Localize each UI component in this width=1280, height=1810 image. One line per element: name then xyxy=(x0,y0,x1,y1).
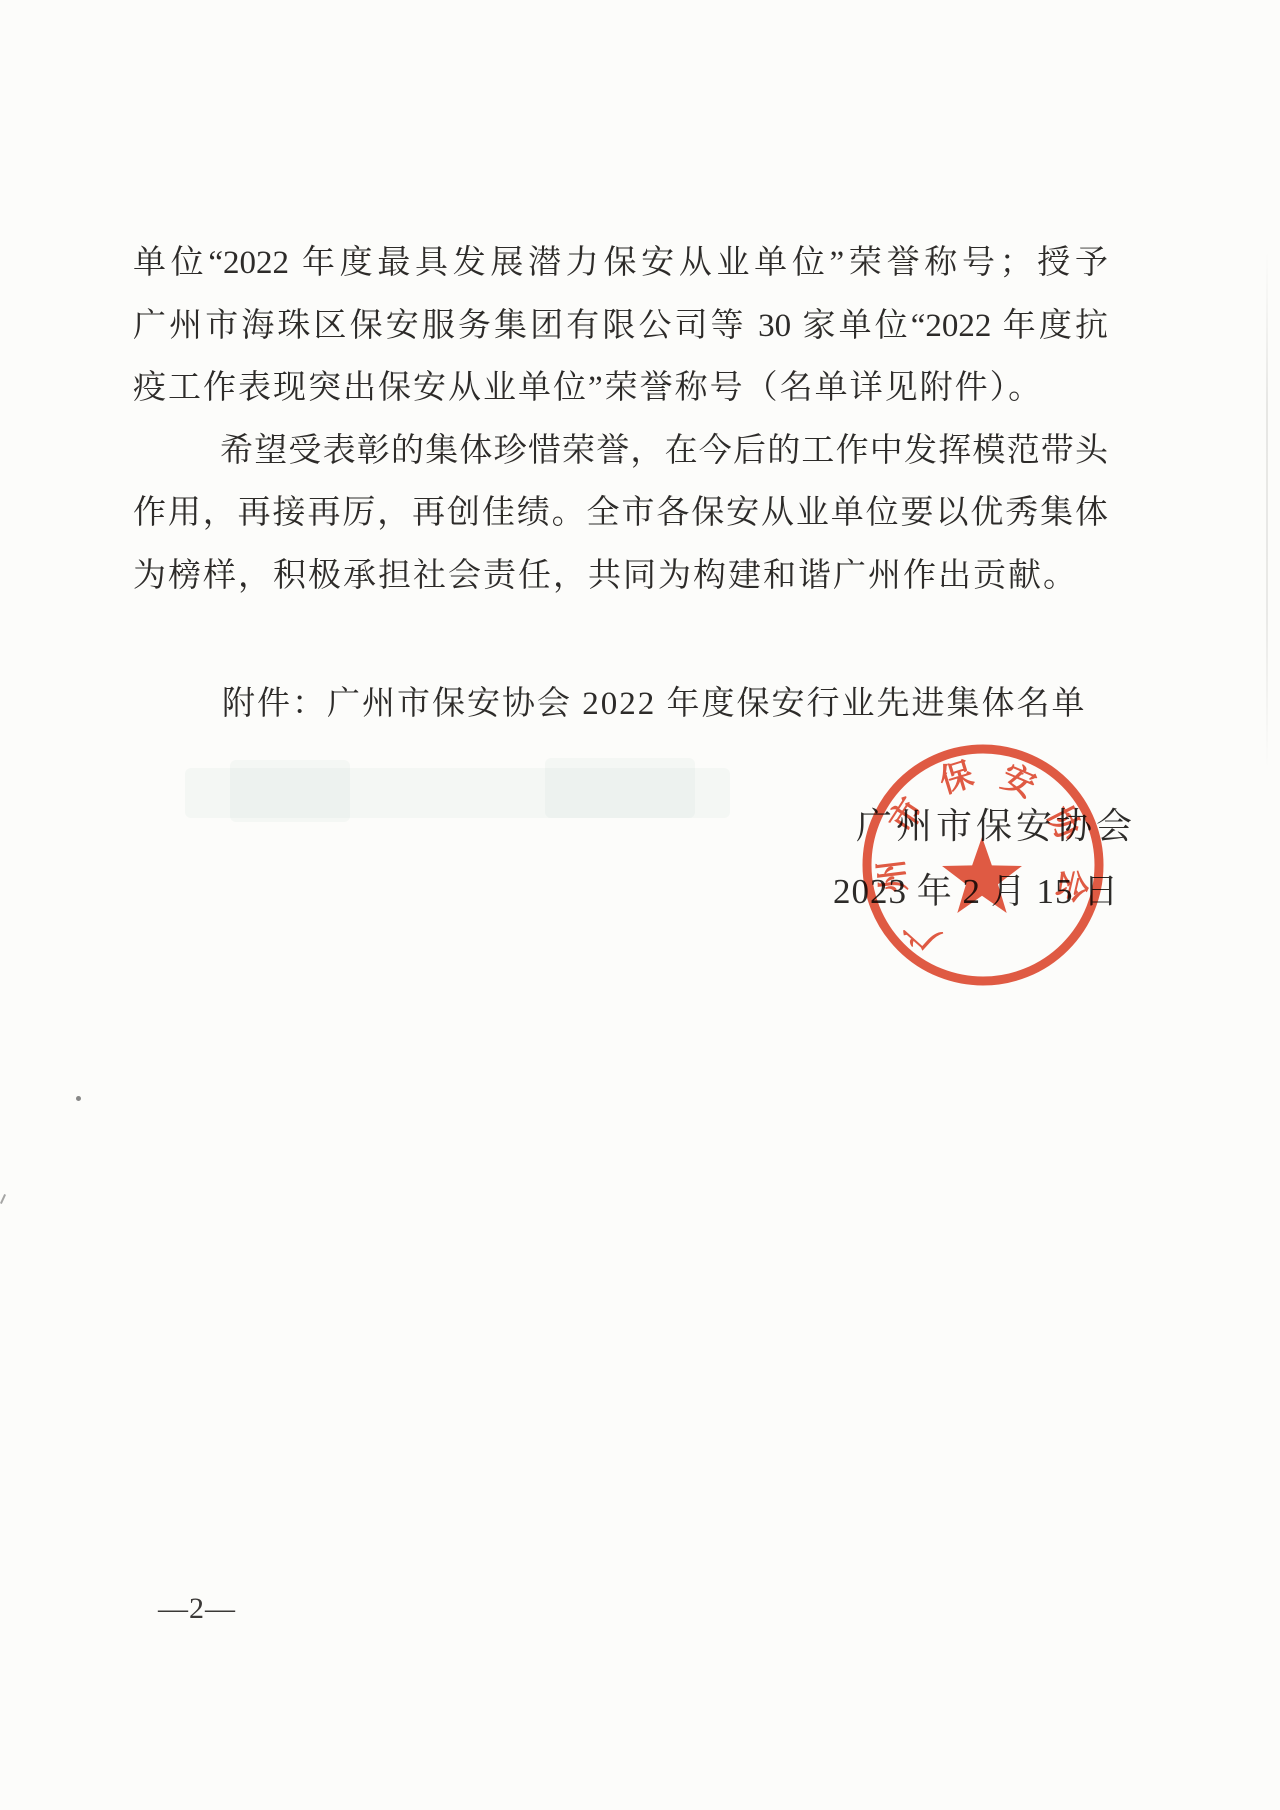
bleed-through-smudge xyxy=(230,760,350,822)
attachment-line: 附件：广州市保安协会 2022 年度保安行业先进集体名单 xyxy=(222,684,1087,724)
seal-arc-char: 会 xyxy=(1049,865,1092,905)
page-number: —2— xyxy=(158,1592,236,1626)
scan-speck xyxy=(76,1096,81,1101)
seal-arc-char: 州 xyxy=(874,857,914,894)
official-seal-stamp: 广 州 市 保 安 协 会 xyxy=(857,739,1109,991)
seal-arc-char: 保 xyxy=(935,756,977,801)
body-line: 作用，再接再厉，再创佳绩。全市各保安从业单位要以优秀集体 xyxy=(133,493,1108,533)
body-line: 疫工作表现突出保安从业单位”荣誉称号（名单详见附件）。 xyxy=(133,368,1043,408)
scan-speck xyxy=(0,1194,6,1204)
body-line: 广州市海珠区保安服务集团有限公司等 30 家单位“2022 年度抗 xyxy=(133,306,1108,346)
body-line: 单位“2022 年度最具发展潜力保安从业单位”荣誉称号；授予 xyxy=(133,243,1108,283)
body-line: 希望受表彰的集体珍惜荣誉，在今后的工作中发挥模范带头 xyxy=(220,431,1108,471)
scan-crease-line xyxy=(1266,250,1268,770)
bleed-through-smudge xyxy=(545,758,695,818)
document-page: 单位“2022 年度最具发展潜力保安从业单位”荣誉称号；授予 广州市海珠区保安服… xyxy=(0,0,1280,1810)
star-icon xyxy=(942,837,1022,913)
body-line: 为榜样，积极承担社会责任，共同为构建和谐广州作出贡献。 xyxy=(133,556,1078,596)
